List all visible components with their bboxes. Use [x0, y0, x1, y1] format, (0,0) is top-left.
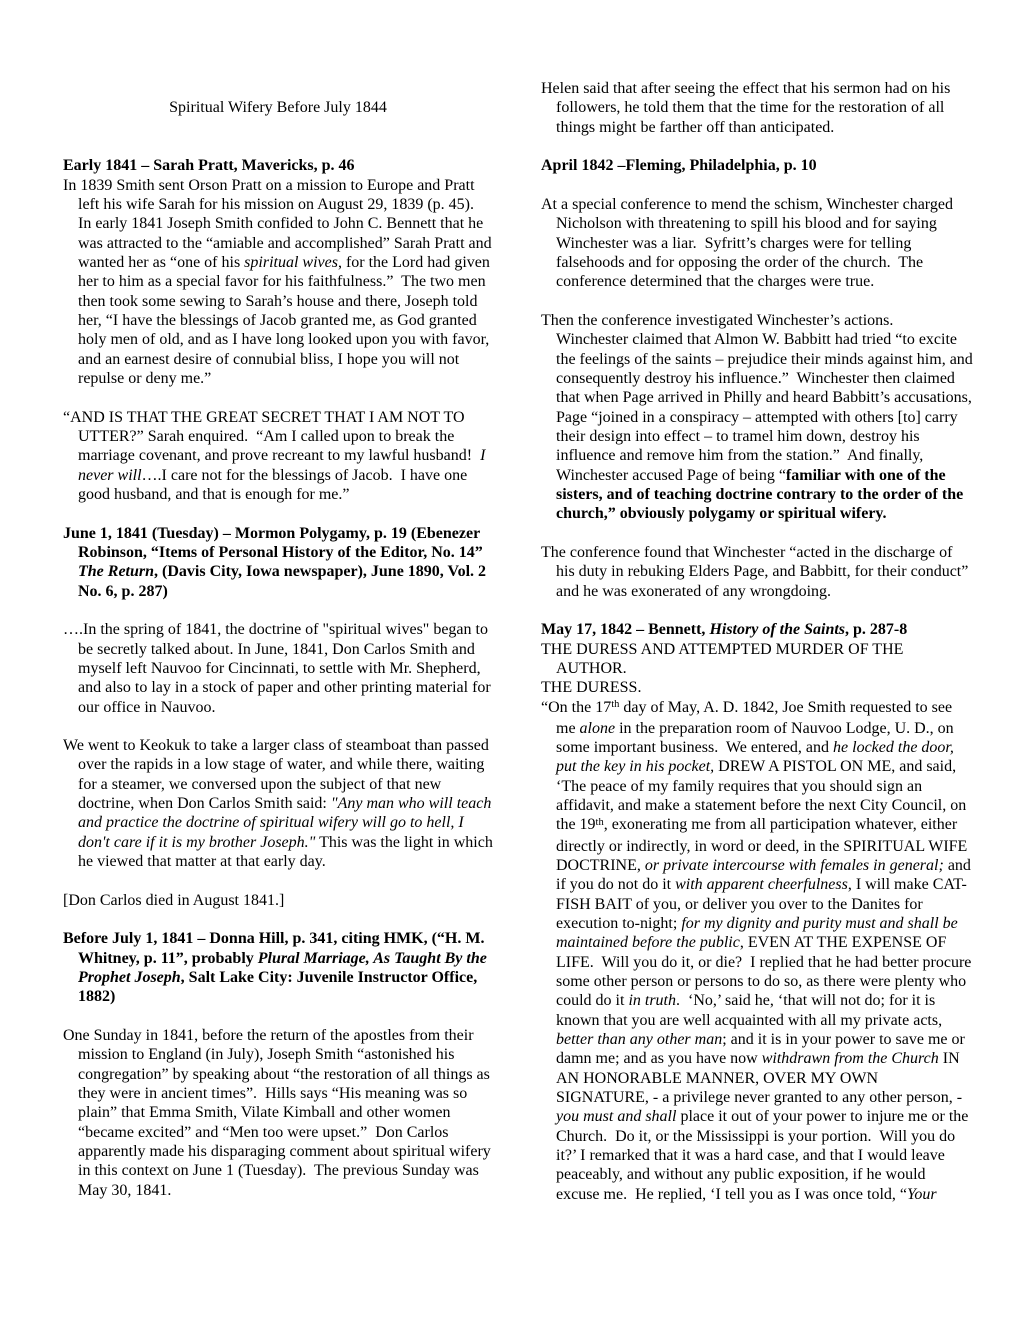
- text-run: Early 1841 – Sarah Pratt, Mavericks, p. …: [63, 157, 355, 174]
- text-run: , p. 287-8: [845, 621, 907, 638]
- paragraph: One Sunday in 1841, before the return of…: [63, 1026, 493, 1200]
- text-run: THE DURESS.: [541, 679, 641, 696]
- text-run: June 1, 1841 (Tuesday) – Mormon Polygamy…: [63, 525, 487, 561]
- text-run: alone: [580, 720, 616, 737]
- section-heading: June 1, 1841 (Tuesday) – Mormon Polygamy…: [63, 524, 493, 601]
- section-heading: April 1842 –Fleming, Philadelphia, p. 10: [541, 156, 973, 175]
- text-run: The Return: [78, 563, 154, 580]
- paragraph: THE DURESS.: [541, 678, 973, 697]
- section-heading: Early 1841 – Sarah Pratt, Mavericks, p. …: [63, 156, 493, 175]
- paragraph: In 1839 Smith sent Orson Pratt on a miss…: [63, 176, 493, 389]
- left-column: Spiritual Wifery Before July 1844Early 1…: [63, 79, 493, 1200]
- text-run: th: [611, 699, 619, 710]
- text-run: , for the Lord had given her to him as a…: [78, 254, 494, 387]
- text-run: withdrawn from the Church: [762, 1050, 939, 1067]
- document-title: Spiritual Wifery Before July 1844: [63, 98, 493, 117]
- text-run: THE DURESS AND ATTEMPTED MURDER OF THE A…: [541, 641, 907, 677]
- paragraph: “AND IS THAT THE GREAT SECRET THAT I AM …: [63, 408, 493, 505]
- paragraph: At a special conference to mend the schi…: [541, 195, 973, 292]
- text-run: “On the 17: [541, 699, 611, 716]
- paragraph: [Don Carlos died in August 1841.]: [63, 891, 493, 910]
- text-run: “AND IS THAT THE GREAT SECRET THAT I AM …: [63, 409, 480, 465]
- paragraph: We went to Keokuk to take a larger class…: [63, 736, 493, 871]
- text-run: Helen said that after seeing the effect …: [541, 80, 954, 136]
- text-run: ….In the spring of 1841, the doctrine of…: [63, 621, 495, 715]
- paragraph: Helen said that after seeing the effect …: [541, 79, 973, 137]
- paragraph: Then the conference investigated Winches…: [541, 311, 973, 524]
- text-run: in truth: [628, 992, 676, 1009]
- section-heading: Before July 1, 1841 – Donna Hill, p. 341…: [63, 929, 493, 1006]
- paragraph: THE DURESS AND ATTEMPTED MURDER OF THE A…: [541, 640, 973, 679]
- text-run: The conference found that Winchester “ac…: [541, 544, 972, 600]
- text-run: th: [596, 817, 604, 828]
- text-run: Then the conference investigated Winches…: [541, 312, 977, 484]
- text-run: you must and shall: [556, 1108, 676, 1125]
- text-run: better than any other man: [556, 1031, 722, 1048]
- text-run: One Sunday in 1841, before the return of…: [63, 1027, 495, 1199]
- text-run: or private intercourse with females in g…: [645, 857, 944, 874]
- text-run: Your: [907, 1186, 937, 1203]
- paragraph: ….In the spring of 1841, the doctrine of…: [63, 620, 493, 717]
- right-column: Helen said that after seeing the effect …: [541, 79, 973, 1204]
- text-run: [Don Carlos died in August 1841.]: [63, 892, 284, 909]
- text-run: April 1842 –Fleming, Philadelphia, p. 10: [541, 157, 817, 174]
- text-run: History of the Saints: [709, 621, 845, 638]
- paragraph: The conference found that Winchester “ac…: [541, 543, 973, 601]
- paragraph: “On the 17th day of May, A. D. 1842, Joe…: [541, 698, 973, 1205]
- section-heading: May 17, 1842 – Bennett, History of the S…: [541, 620, 973, 639]
- text-run: Spiritual Wifery Before July 1844: [169, 99, 387, 116]
- text-run: May 17, 1842 – Bennett,: [541, 621, 709, 638]
- text-run: with apparent cheerfulness: [675, 876, 848, 893]
- text-run: At a special conference to mend the schi…: [541, 196, 957, 290]
- document-page: Spiritual Wifery Before July 1844Early 1…: [0, 0, 1020, 1320]
- text-run: spiritual wives: [244, 254, 338, 271]
